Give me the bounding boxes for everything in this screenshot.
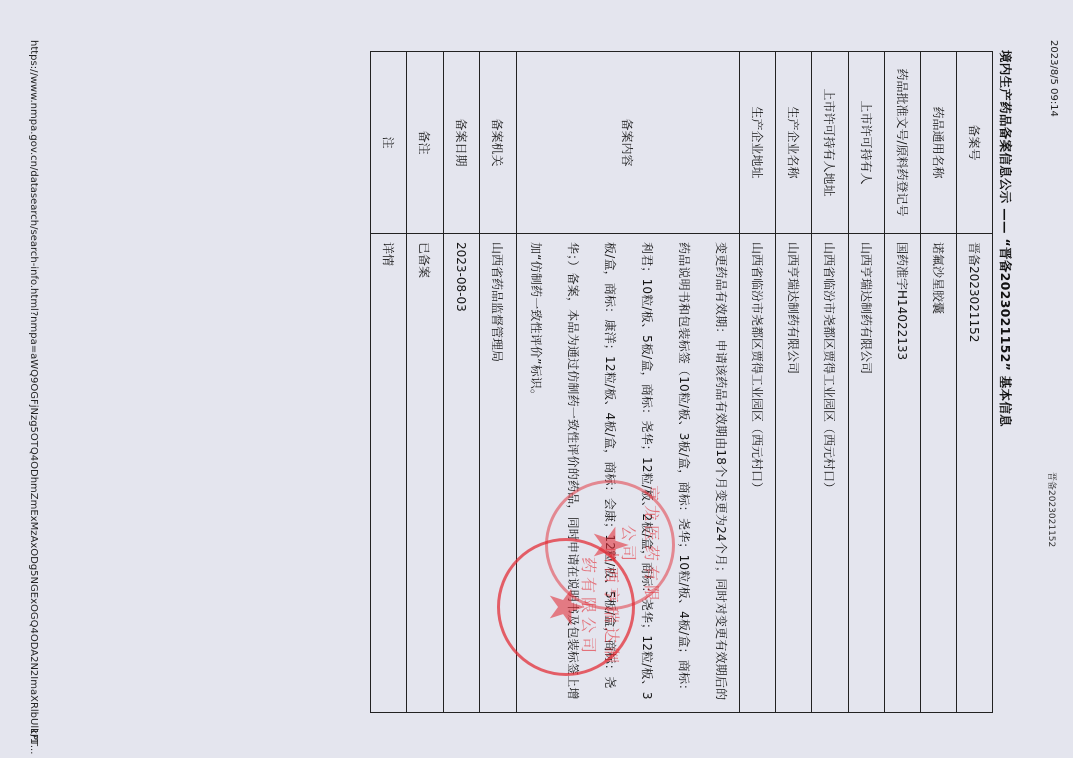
license-holder-address: 山西省临汾市尧都区贾得工业园区（西元村口）: [812, 234, 849, 713]
remarks: 已备案: [407, 234, 444, 713]
drug-generic-name: 诺氟沙星胶囊: [921, 234, 957, 713]
table-row: 注 详情: [371, 52, 407, 713]
table-row: 备注 已备案: [407, 52, 444, 713]
row-label: 生产企业地址: [740, 52, 776, 234]
row-label: 注: [371, 52, 407, 234]
printed-page: 2023/8/5 09:14 晋备2023021152 境内生产药品备案信息公示…: [0, 0, 1073, 758]
license-holder: 山西亨瑞达制药有限公司: [849, 234, 885, 713]
row-label: 备案号: [957, 52, 993, 234]
row-label: 备案机关: [480, 52, 517, 234]
filing-date: 2023-08-03: [444, 234, 480, 713]
manufacturer-name: 山西亨瑞达制药有限公司: [776, 234, 812, 713]
row-label: 上市许可持有人地址: [812, 52, 849, 234]
row-label: 药品通用名称: [921, 52, 957, 234]
filing-number: 晋备2023021152: [957, 234, 993, 713]
print-datetime: 2023/8/5 09:14: [1048, 40, 1059, 117]
table-row: 备案机关 山西省药品监督管理局: [480, 52, 517, 713]
table-row: 备案号 晋备2023021152: [957, 52, 993, 713]
table-row: 备案日期 2023-08-03: [444, 52, 480, 713]
table-row: 生产企业地址 山西省临汾市尧都区贾得工业园区（西元村口）: [740, 52, 776, 713]
row-label: 生产企业名称: [776, 52, 812, 234]
print-page-title: 晋备2023021152: [1046, 472, 1059, 547]
print-footer-url: https://www.nmpa.gov.cn/datasearch/searc…: [28, 40, 39, 754]
row-label: 备案内容: [517, 52, 740, 234]
manufacturer-address: 山西省临汾市尧都区贾得工业园区（西元村口）: [740, 234, 776, 713]
row-label: 备案日期: [444, 52, 480, 234]
table-row: 药品批准文号/原料药登记号 国药准字H14022133: [885, 52, 921, 713]
details-link[interactable]: 详情: [371, 234, 407, 713]
document-title: 境内生产药品备案信息公示 —— “晋备2023021152” 基本信息: [997, 50, 1015, 427]
filing-content: 变更药品有效期：申请该药品有效期由18个月变更为24个月；同时对变更有效期后的药…: [517, 234, 740, 713]
filing-info-table: 备案号 晋备2023021152 药品通用名称 诺氟沙星胶囊 药品批准文号/原料…: [370, 51, 993, 713]
table-row: 药品通用名称 诺氟沙星胶囊: [921, 52, 957, 713]
row-label: 上市许可持有人: [849, 52, 885, 234]
approval-number: 国药准字H14022133: [885, 234, 921, 713]
filing-authority: 山西省药品监督管理局: [480, 234, 517, 713]
table-row: 生产企业名称 山西亨瑞达制药有限公司: [776, 52, 812, 713]
table-row: 备案内容 变更药品有效期：申请该药品有效期由18个月变更为24个月；同时对变更有…: [517, 52, 740, 713]
print-page-number: 1/1: [28, 728, 39, 744]
row-label: 药品批准文号/原料药登记号: [885, 52, 921, 234]
table-row: 上市许可持有人 山西亨瑞达制药有限公司: [849, 52, 885, 713]
row-label: 备注: [407, 52, 444, 234]
table-row: 上市许可持有人地址 山西省临汾市尧都区贾得工业园区（西元村口）: [812, 52, 849, 713]
